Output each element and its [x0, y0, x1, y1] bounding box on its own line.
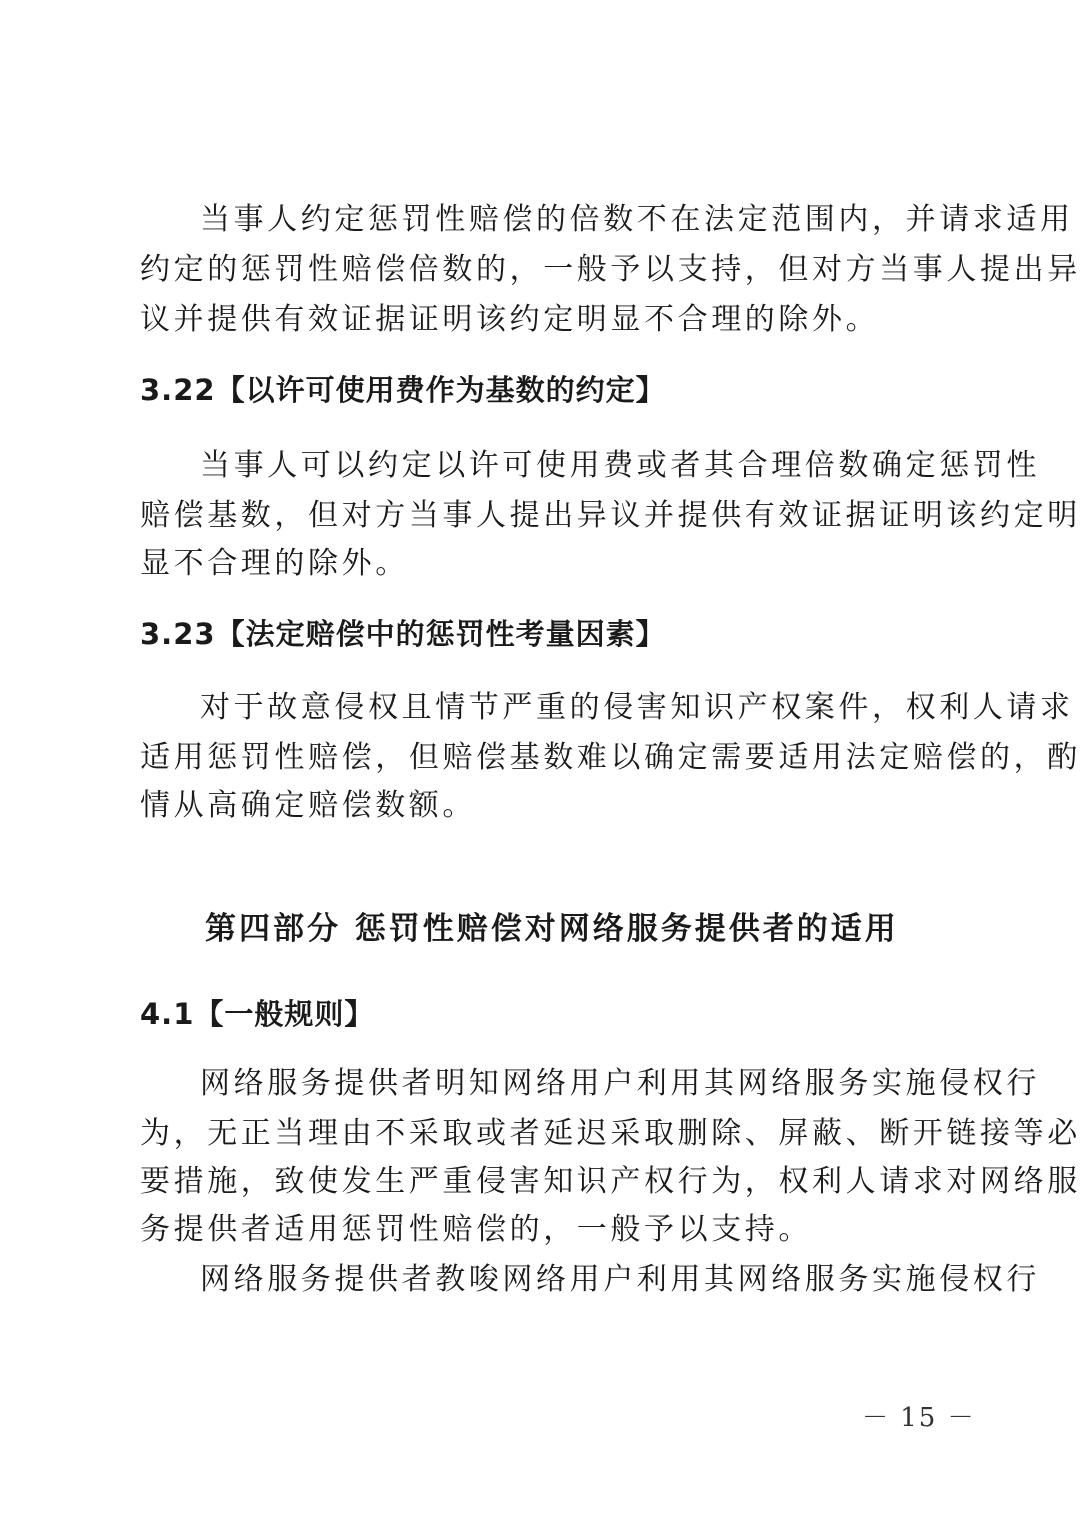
paragraph-line: 网络服务提供者教唆网络用户利用其网络服务实施侵权行 — [200, 1256, 940, 1304]
paragraph-line: 网络服务提供者明知网络用户利用其网络服务实施侵权行 — [200, 1060, 940, 1108]
paragraph-line: 赔偿基数，但对方当事人提出异议并提供有效证据证明该约定明 — [140, 492, 940, 540]
section-number: 3.23 — [140, 617, 216, 651]
paragraph-line: 当事人约定惩罚性赔偿的倍数不在法定范围内，并请求适用 — [200, 196, 940, 244]
section-title: 【法定赔偿中的惩罚性考量因素】 — [216, 617, 666, 651]
page-number: － 15 － — [862, 1400, 976, 1436]
section-heading-3-22: 3.22【以许可使用费作为基数的约定】 — [140, 366, 666, 414]
document-page: 当事人约定惩罚性赔偿的倍数不在法定范围内，并请求适用 约定的惩罚性赔偿倍数的，一… — [0, 0, 1080, 1526]
paragraph-line: 务提供者适用惩罚性赔偿的，一般予以支持。 — [140, 1206, 940, 1254]
paragraph-line: 当事人可以约定以许可使用费或者其合理倍数确定惩罚性 — [200, 442, 940, 490]
paragraph-line: 适用惩罚性赔偿，但赔偿基数难以确定需要适用法定赔偿的，酌 — [140, 734, 940, 782]
paragraph-line: 为，无正当理由不采取或者延迟采取删除、屏蔽、断开链接等必 — [140, 1110, 940, 1158]
paragraph-line: 议并提供有效证据证明该约定明显不合理的除外。 — [140, 296, 940, 344]
part-title: 第四部分 惩罚性赔偿对网络服务提供者的适用 — [205, 905, 899, 953]
paragraph-line: 要措施，致使发生严重侵害知识产权行为，权利人请求对网络服 — [140, 1158, 940, 1206]
section-number: 3.22 — [140, 373, 216, 407]
paragraph-line: 对于故意侵权且情节严重的侵害知识产权案件，权利人请求 — [200, 684, 940, 732]
paragraph-line: 情从高确定赔偿数额。 — [140, 782, 940, 830]
section-title: 【一般规则】 — [194, 997, 374, 1031]
section-heading-4-1: 4.1【一般规则】 — [140, 990, 374, 1038]
section-number: 4.1 — [140, 997, 194, 1031]
section-title: 【以许可使用费作为基数的约定】 — [216, 373, 666, 407]
paragraph-line: 约定的惩罚性赔偿倍数的，一般予以支持，但对方当事人提出异 — [140, 246, 940, 294]
section-heading-3-23: 3.23【法定赔偿中的惩罚性考量因素】 — [140, 610, 666, 658]
paragraph-line: 显不合理的除外。 — [140, 540, 940, 588]
